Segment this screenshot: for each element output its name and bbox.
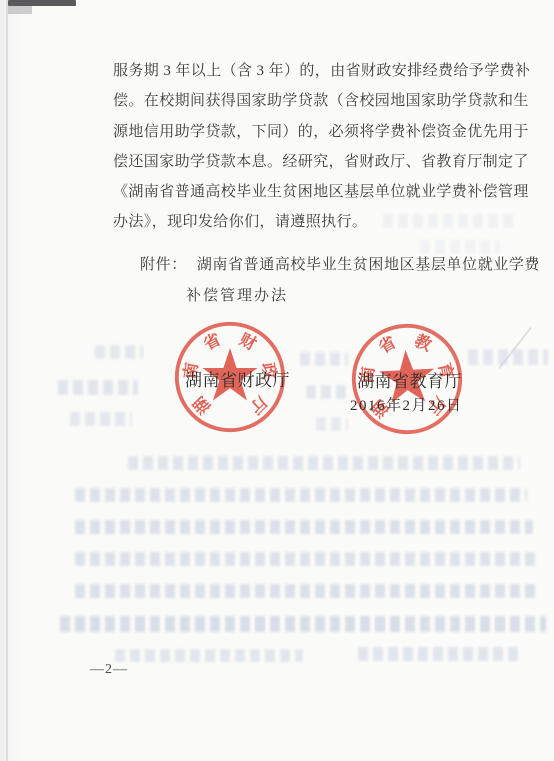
bleed-through-line [75, 584, 540, 598]
body-paragraph: 服务期 3 年以上（含 3 年）的，由省财政安排经费给予学费补 偿。在校期间获得… [113, 56, 517, 238]
bleed-through-line [383, 214, 513, 228]
bleed-through-line [468, 349, 548, 365]
scanned-document-page: 服务期 3 年以上（含 3 年）的，由省财政安排经费给予学费补 偿。在校期间获得… [0, 0, 554, 761]
paragraph-line: 偿还国家助学贷款本息。经研究，省财政厅、省教育厅制定了 [113, 147, 517, 177]
seal-character: 省 [200, 329, 224, 354]
bleed-through-line [316, 417, 348, 431]
signer-name-finance: 湖南省财政厅 [185, 366, 290, 391]
scan-edge-line [6, 0, 8, 761]
bleed-through-line [95, 345, 143, 359]
attachment-title-line2: 补偿管理办法 [186, 284, 288, 305]
attachment-label: 附件： [140, 257, 187, 273]
paragraph-line: 偿。在校期间获得国家助学贷款（含校园地国家助学贷款和生 [113, 86, 517, 116]
scan-corner-shadow [8, 6, 32, 14]
paragraph-line: 《湖南省普通高校毕业生贫困地区基层单位就业学费补偿管理 [113, 177, 517, 207]
bleed-through-line [58, 380, 138, 395]
paragraph-line: 源地信用助学贷款，下同）的，必须将学费补偿资金优先用于 [113, 117, 517, 147]
bleed-through-line [70, 412, 132, 426]
bleed-through-line [75, 520, 533, 534]
bleed-through-line [75, 552, 537, 566]
page-number: —2— [90, 662, 128, 678]
bleed-through-line [300, 352, 348, 366]
bleed-through-line [420, 240, 500, 254]
signature-date: 2016年2月26日 [350, 394, 463, 415]
bleed-through-line [60, 616, 546, 632]
paragraph-line: 服务期 3 年以上（含 3 年）的，由省财政安排经费给予学费补 [113, 56, 517, 86]
signer-name-education: 湖南省教育厅 [357, 367, 462, 392]
bleed-through-line [115, 649, 303, 662]
seal-character: 教 [412, 331, 435, 355]
bleed-through-line [306, 385, 348, 399]
attachment-note: 附件：湖南省普通高校毕业生贫困地区基层单位就业学费 [140, 253, 540, 274]
bleed-through-line [75, 488, 527, 502]
attachment-title-line1: 湖南省普通高校毕业生贫困地区基层单位就业学费 [197, 257, 540, 273]
bleed-through-line [358, 647, 518, 661]
bleed-through-line [128, 456, 520, 470]
seal-character: 财 [236, 330, 260, 355]
